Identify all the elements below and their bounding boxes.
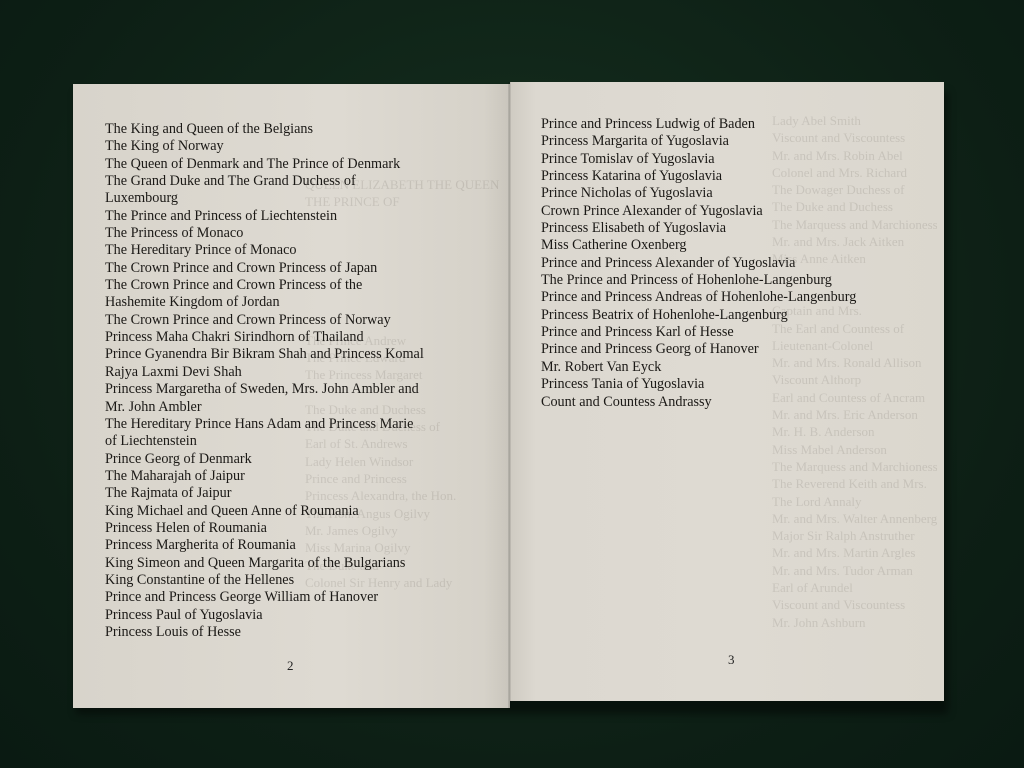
right-page: Lady Abel SmithViscount and ViscountessM… xyxy=(510,82,944,701)
guest-entry-line: Princess Beatrix of Hohenlohe-Langenburg xyxy=(541,307,788,323)
guest-entry-line: Prince and Princess Ludwig of Baden xyxy=(541,116,755,132)
guest-entry-line: Prince and Princess Andreas of Hohenlohe… xyxy=(541,289,856,305)
guest-entry-line: The Prince and Princess of Liechtenstein xyxy=(105,208,337,224)
guest-entry: The Maharajah of Jaipur xyxy=(105,468,505,485)
book-gutter xyxy=(508,82,511,708)
guest-entry-line: Crown Prince Alexander of Yugoslavia xyxy=(541,203,763,219)
guest-entry: The King and Queen of the Belgians xyxy=(105,121,505,138)
guest-entry: King Constantine of the Hellenes xyxy=(105,572,505,589)
guest-entry-line: The Crown Prince and Crown Princess of N… xyxy=(105,312,391,328)
guest-entry: Prince and Princess Andreas of Hohenlohe… xyxy=(541,289,941,306)
guest-entry-line: Prince Tomislav of Yugoslavia xyxy=(541,151,715,167)
left-page: QUEEN ELIZABETH THE QUEENTHE PRINCE OF T… xyxy=(73,84,510,708)
guest-entry-line: The Rajmata of Jaipur xyxy=(105,485,231,501)
guest-entry: Prince and Princess Alexander of Yugosla… xyxy=(541,255,941,272)
guest-entry-line: Prince Nicholas of Yugoslavia xyxy=(541,185,713,201)
guest-entry: Prince Nicholas of Yugoslavia xyxy=(541,185,941,202)
guest-entry: Prince and Princess Karl of Hesse xyxy=(541,324,941,341)
guest-entry-line: Prince Georg of Denmark xyxy=(105,451,252,467)
guest-entry-line: The Crown Prince and Crown Princess of t… xyxy=(105,277,362,293)
guest-entry-line: King Michael and Queen Anne of Roumania xyxy=(105,503,359,519)
guest-entry-continuation: Mr. John Ambler xyxy=(121,399,505,416)
guest-entry: The Crown Prince and Crown Princess of N… xyxy=(105,312,505,329)
guest-entry-line: Prince and Princess Karl of Hesse xyxy=(541,324,734,340)
guest-entry-line: Prince Gyanendra Bir Bikram Shah and Pri… xyxy=(105,346,424,362)
guest-entry: Prince Tomislav of Yugoslavia xyxy=(541,151,941,168)
guest-entry: Princess Margaretha of Sweden, Mrs. John… xyxy=(105,381,505,416)
guest-entry-line: Prince and Princess Alexander of Yugosla… xyxy=(541,255,795,271)
guest-entry-line: Princess Margherita of Roumania xyxy=(105,537,296,553)
guest-entry-continuation: of Liechtenstein xyxy=(121,433,505,450)
guest-entry: Princess Tania of Yugoslavia xyxy=(541,376,941,393)
guest-entry-continuation: Hashemite Kingdom of Jordan xyxy=(121,294,505,311)
guest-list-left: The King and Queen of the BelgiansThe Ki… xyxy=(105,121,505,641)
guest-entry-line: The Hereditary Prince Hans Adam and Prin… xyxy=(105,416,413,432)
guest-entry-line: The King and Queen of the Belgians xyxy=(105,121,313,137)
guest-entry: The Hereditary Prince of Monaco xyxy=(105,242,505,259)
guest-entry: The Crown Prince and Crown Princess of J… xyxy=(105,260,505,277)
guest-entry: Princess Margherita of Roumania xyxy=(105,537,505,554)
guest-entry-line: The Crown Prince and Crown Princess of J… xyxy=(105,260,377,276)
guest-entry-line: The Princess of Monaco xyxy=(105,225,243,241)
guest-entry-line: Princess Elisabeth of Yugoslavia xyxy=(541,220,726,236)
page-number: 2 xyxy=(287,658,294,674)
guest-entry: The Hereditary Prince Hans Adam and Prin… xyxy=(105,416,505,451)
guest-list-right: Prince and Princess Ludwig of BadenPrinc… xyxy=(541,116,941,411)
guest-entry-line: Princess Margaretha of Sweden, Mrs. John… xyxy=(105,381,419,397)
guest-entry: King Simeon and Queen Margarita of the B… xyxy=(105,555,505,572)
guest-entry: Princess Katarina of Yugoslavia xyxy=(541,168,941,185)
guest-entry: Miss Catherine Oxenberg xyxy=(541,237,941,254)
guest-entry-line: The Prince and Princess of Hohenlohe-Lan… xyxy=(541,272,832,288)
guest-entry: The Princess of Monaco xyxy=(105,225,505,242)
guest-entry: Prince Georg of Denmark xyxy=(105,451,505,468)
guest-entry-line: The Hereditary Prince of Monaco xyxy=(105,242,296,258)
guest-entry: Prince and Princess Georg of Hanover xyxy=(541,341,941,358)
guest-entry: The Crown Prince and Crown Princess of t… xyxy=(105,277,505,312)
guest-entry: Prince and Princess Ludwig of Baden xyxy=(541,116,941,133)
guest-entry-line: Count and Countess Andrassy xyxy=(541,394,712,410)
guest-entry: Count and Countess Andrassy xyxy=(541,394,941,411)
guest-entry: The Rajmata of Jaipur xyxy=(105,485,505,502)
guest-entry: The Grand Duke and The Grand Duchess ofL… xyxy=(105,173,505,208)
guest-entry: Princess Elisabeth of Yugoslavia xyxy=(541,220,941,237)
guest-entry: The Prince and Princess of Hohenlohe-Lan… xyxy=(541,272,941,289)
guest-entry-continuation: Rajya Laxmi Devi Shah xyxy=(121,364,505,381)
guest-entry-line: Princess Louis of Hesse xyxy=(105,624,241,640)
guest-entry-line: King Simeon and Queen Margarita of the B… xyxy=(105,555,405,571)
guest-entry: The Queen of Denmark and The Prince of D… xyxy=(105,156,505,173)
guest-entry: Prince and Princess George William of Ha… xyxy=(105,589,505,606)
guest-entry: Mr. Robert Van Eyck xyxy=(541,359,941,376)
guest-entry: Crown Prince Alexander of Yugoslavia xyxy=(541,203,941,220)
guest-entry-line: Mr. Robert Van Eyck xyxy=(541,359,661,375)
guest-entry-line: Princess Helen of Roumania xyxy=(105,520,267,536)
guest-entry-line: Miss Catherine Oxenberg xyxy=(541,237,687,253)
guest-entry: The King of Norway xyxy=(105,138,505,155)
guest-entry-line: Princess Katarina of Yugoslavia xyxy=(541,168,722,184)
guest-entry-line: The Queen of Denmark and The Prince of D… xyxy=(105,156,400,172)
guest-entry: Prince Gyanendra Bir Bikram Shah and Pri… xyxy=(105,346,505,381)
guest-entry-line: Princess Margarita of Yugoslavia xyxy=(541,133,729,149)
guest-entry-line: Prince and Princess George William of Ha… xyxy=(105,589,378,605)
guest-entry: Princess Paul of Yugoslavia xyxy=(105,607,505,624)
page-number: 3 xyxy=(728,652,735,668)
guest-entry: King Michael and Queen Anne of Roumania xyxy=(105,503,505,520)
guest-entry-line: The King of Norway xyxy=(105,138,224,154)
guest-entry-line: Prince and Princess Georg of Hanover xyxy=(541,341,759,357)
guest-entry-line: Princess Paul of Yugoslavia xyxy=(105,607,263,623)
guest-entry-line: Princess Tania of Yugoslavia xyxy=(541,376,704,392)
guest-entry: Princess Beatrix of Hohenlohe-Langenburg xyxy=(541,307,941,324)
guest-entry-line: The Maharajah of Jaipur xyxy=(105,468,245,484)
guest-entry: Princess Louis of Hesse xyxy=(105,624,505,641)
guest-entry: Princess Margarita of Yugoslavia xyxy=(541,133,941,150)
guest-entry-line: King Constantine of the Hellenes xyxy=(105,572,294,588)
guest-entry-line: Princess Maha Chakri Sirindhorn of Thail… xyxy=(105,329,364,345)
guest-entry-line: The Grand Duke and The Grand Duchess of xyxy=(105,173,356,189)
guest-entry-continuation: Luxembourg xyxy=(121,190,505,207)
guest-entry: Princess Helen of Roumania xyxy=(105,520,505,537)
guest-entry: The Prince and Princess of Liechtenstein xyxy=(105,208,505,225)
guest-entry: Princess Maha Chakri Sirindhorn of Thail… xyxy=(105,329,505,346)
